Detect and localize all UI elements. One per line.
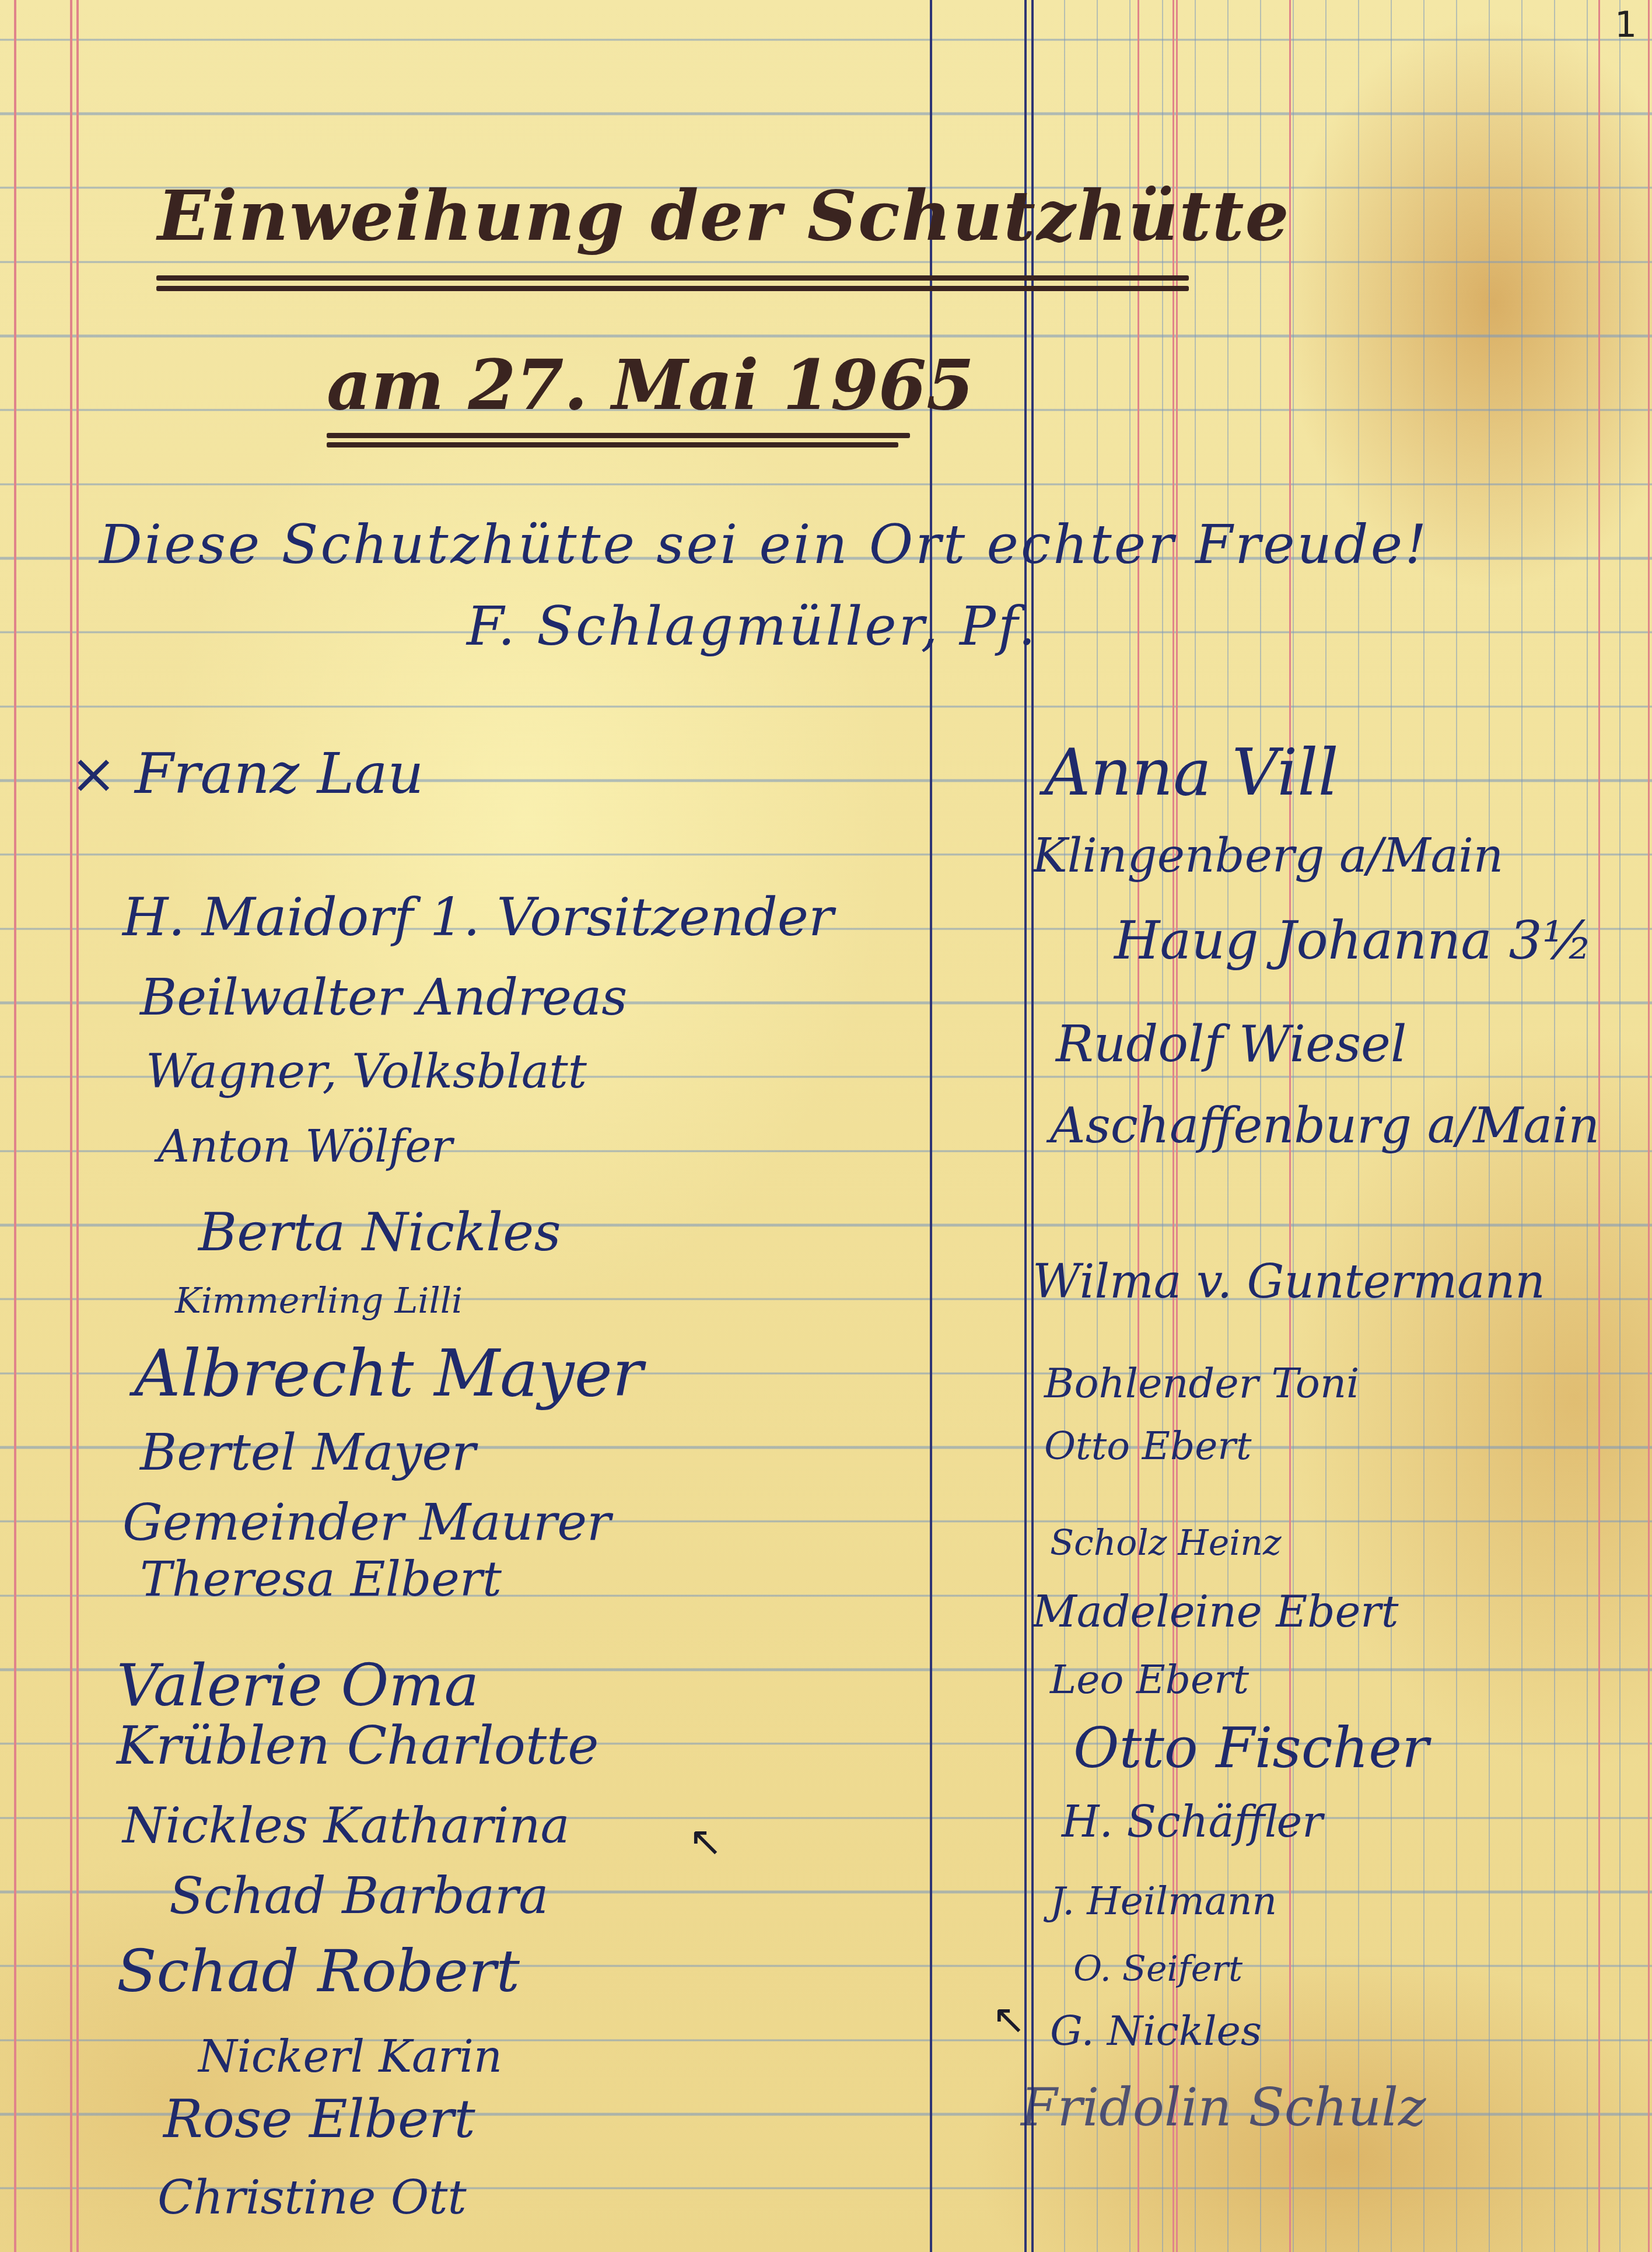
signature: Wilma v. Guntermann bbox=[1032, 1254, 1545, 1309]
signature: Otto Ebert bbox=[1044, 1424, 1251, 1468]
left-margin-line-red bbox=[14, 0, 16, 2252]
signature: × Franz Lau bbox=[70, 741, 423, 806]
right-red-line-6 bbox=[1648, 0, 1650, 2252]
arrow-mark-icon: ↖ bbox=[688, 1817, 723, 1865]
signature: G. Nickles bbox=[1050, 2007, 1262, 2055]
signature: Anna Vill bbox=[1044, 735, 1339, 810]
signature: Bertel Mayer bbox=[140, 1424, 475, 1482]
signature: H. Maidorf 1. Vorsitzender bbox=[123, 887, 834, 948]
signature: O. Seifert bbox=[1073, 1949, 1242, 1989]
signature: Schad Robert bbox=[117, 1937, 520, 2005]
signature: Nickles Katharina bbox=[123, 1797, 570, 1854]
signature: Theresa Elbert bbox=[140, 1552, 502, 1607]
arrow-mark-icon: ↖ bbox=[992, 1995, 1026, 2043]
column-rule-navy-2 bbox=[1024, 0, 1027, 2252]
left-margin-line-red-2 bbox=[70, 0, 72, 2252]
signature: Rose Elbert bbox=[163, 2089, 475, 2150]
column-rule-navy bbox=[930, 0, 932, 2252]
date-underline-2 bbox=[327, 442, 898, 447]
left-margin-line-red-3 bbox=[76, 0, 79, 2252]
signature: Haug Johanna 3½ bbox=[1114, 910, 1593, 971]
signature: Albrecht Mayer bbox=[134, 1336, 643, 1411]
signature: Otto Fischer bbox=[1073, 1715, 1429, 1781]
signature: Fridolin Schulz bbox=[1021, 2077, 1426, 2138]
signature: Klingenberg a/Main bbox=[1032, 828, 1503, 883]
column-rule-navy-3 bbox=[1031, 0, 1034, 2252]
signature: Berta Nickles bbox=[198, 1202, 561, 1263]
signature: Gemeinder Maurer bbox=[123, 1494, 611, 1552]
signature: Scholz Heinz bbox=[1050, 1523, 1282, 1564]
signature: Krüblen Charlotte bbox=[117, 1715, 599, 1777]
dedication-signature: F. Schlagmüller, Pf. bbox=[467, 595, 1038, 658]
signature: J. Heilmann bbox=[1050, 1879, 1277, 1924]
title-underline-2 bbox=[156, 286, 1189, 291]
signature: Wagner, Volksblatt bbox=[146, 1044, 587, 1099]
signature: Beilwalter Andreas bbox=[140, 968, 627, 1027]
signature: Kimmerling Lilli bbox=[175, 1281, 463, 1321]
signature: Anton Wölfer bbox=[157, 1120, 453, 1172]
page-number: 1 bbox=[1615, 5, 1637, 46]
dedication-text: Diese Schutzhütte sei ein Ort echter Fre… bbox=[99, 513, 1429, 576]
date-underline bbox=[327, 433, 910, 438]
event-date: am 27. Mai 1965 bbox=[327, 344, 974, 425]
signature: Schad Barbara bbox=[169, 1867, 548, 1925]
signature: Bohlender Toni bbox=[1044, 1359, 1359, 1407]
signature: Leo Ebert bbox=[1050, 1657, 1249, 1703]
ledger-page: 1 Einweihung der Schutzhütte am 27. Mai … bbox=[0, 0, 1652, 2252]
page-title: Einweihung der Schutzhütte bbox=[157, 175, 1207, 256]
signature: Valerie Oma bbox=[117, 1651, 479, 1719]
signature: Nickerl Karin bbox=[198, 2030, 502, 2082]
signature: Madeleine Ebert bbox=[1032, 1587, 1398, 1637]
signature: H. Schäffler bbox=[1062, 1797, 1323, 1847]
title-underline bbox=[156, 275, 1189, 281]
signature: Aschaffenburg a/Main bbox=[1050, 1097, 1599, 1154]
signature: Christine Ott bbox=[157, 2170, 467, 2225]
signature: Rudolf Wiesel bbox=[1056, 1015, 1406, 1073]
